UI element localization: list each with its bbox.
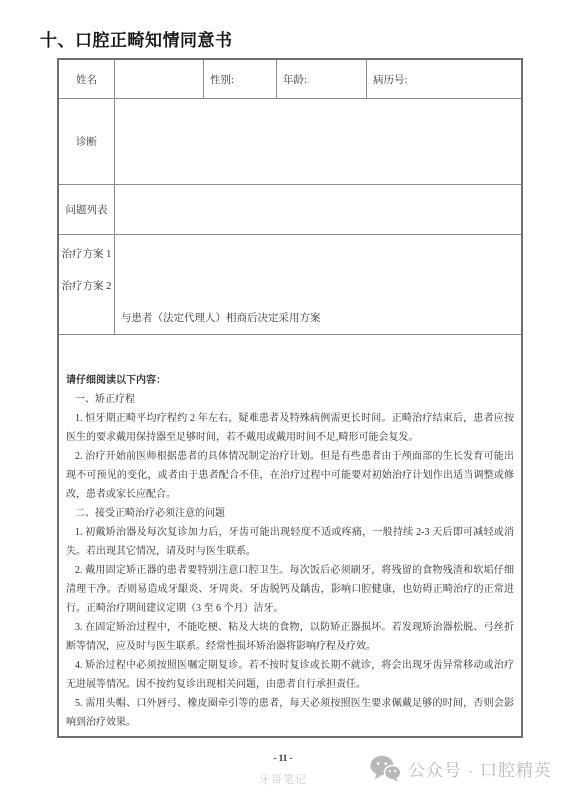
wechat-account-badge: 公众号 · 口腔精英 bbox=[370, 755, 552, 782]
plan2-label: 治疗方案 2 bbox=[62, 278, 112, 293]
treatment-plan-row: 治疗方案 1 治疗方案 2 与患者（法定代理人）相商后决定采用方案 bbox=[59, 235, 521, 335]
notice-paragraph: 4. 矫治过程中必须按照医嘱定期复诊。若不按时复诊或长期不就诊，将会出现牙齿异常… bbox=[66, 656, 514, 694]
wechat-account-label: 公众号 · 口腔精英 bbox=[408, 756, 552, 781]
notice-row: 请仔细阅读以下内容： 一、矫正疗程 1. 恒牙期正畸平均疗程约 2 年左右，疑难… bbox=[59, 335, 521, 736]
diagnosis-value-cell bbox=[115, 99, 521, 184]
record-no-label: 病历号: bbox=[367, 60, 521, 98]
treatment-plan-value-cell: 与患者（法定代理人）相商后决定采用方案 bbox=[115, 235, 521, 334]
diagnosis-label: 诊断 bbox=[59, 99, 115, 184]
problem-list-row: 问题列表 bbox=[59, 185, 521, 235]
notice-paragraph: 5. 需用头帽、口外唇弓、橡皮圈牵引等的患者，每天必须按照医生要求佩戴足够的时间… bbox=[66, 694, 514, 732]
gender-label: 性别: bbox=[204, 60, 277, 98]
plan-decision-note: 与患者（法定代理人）相商后决定采用方案 bbox=[121, 310, 321, 325]
notice-paragraph: 2. 戴用固定矫正器的患者要特别注意口腔卫生。每次饭后必须刷牙，将残留的食物残渣… bbox=[66, 561, 514, 618]
notice-cell: 请仔细阅读以下内容： 一、矫正疗程 1. 恒牙期正畸平均疗程约 2 年左右，疑难… bbox=[59, 335, 521, 736]
plan1-label: 治疗方案 1 bbox=[62, 246, 112, 261]
document-page: 十、口腔正畸知情同意书 姓名 性别: 年龄: 病历号: 诊断 问题列表 治疗方案… bbox=[0, 0, 566, 800]
header-row: 姓名 性别: 年龄: 病历号: bbox=[59, 60, 521, 99]
notice-paragraph: 2. 治疗开始前医师根据患者的具体情况制定治疗计划。但是有些患者由于颅面部的生长… bbox=[66, 447, 514, 504]
notice-paragraph: 1. 初戴矫治器及每次复诊加力后，牙齿可能出现轻度不适或疼痛，一般持续 2-3 … bbox=[66, 523, 514, 561]
notice-paragraph: 1. 恒牙期正畸平均疗程约 2 年左右，疑难患者及特殊病例需更长时间。正畸治疗结… bbox=[66, 409, 514, 447]
notice-heading: 请仔细阅读以下内容： bbox=[66, 371, 514, 390]
name-value-cell bbox=[115, 60, 204, 98]
name-label: 姓名 bbox=[59, 60, 115, 98]
page-title: 十、口腔正畸知情同意书 bbox=[40, 26, 233, 51]
consent-form-table: 姓名 性别: 年龄: 病历号: 诊断 问题列表 治疗方案 1 治疗方案 2 与患… bbox=[57, 58, 523, 738]
treatment-plan-labels: 治疗方案 1 治疗方案 2 bbox=[59, 235, 115, 334]
notice-text: 请仔细阅读以下内容： 一、矫正疗程 1. 恒牙期正畸平均疗程约 2 年左右，疑难… bbox=[66, 371, 514, 732]
problem-list-value-cell bbox=[115, 185, 521, 234]
wechat-logo-icon bbox=[370, 755, 401, 782]
notice-paragraph: 二、接受正畸治疗必须注意的问题 bbox=[66, 504, 514, 523]
notice-paragraph: 3. 在固定矫治过程中，不能吃梗、粘及大块的食物，以防矫正器损坏。若发现矫治器松… bbox=[66, 618, 514, 656]
problem-list-label: 问题列表 bbox=[59, 185, 115, 234]
age-label: 年龄: bbox=[277, 60, 367, 98]
notice-paragraph: 一、矫正疗程 bbox=[66, 390, 514, 409]
diagnosis-row: 诊断 bbox=[59, 99, 521, 185]
